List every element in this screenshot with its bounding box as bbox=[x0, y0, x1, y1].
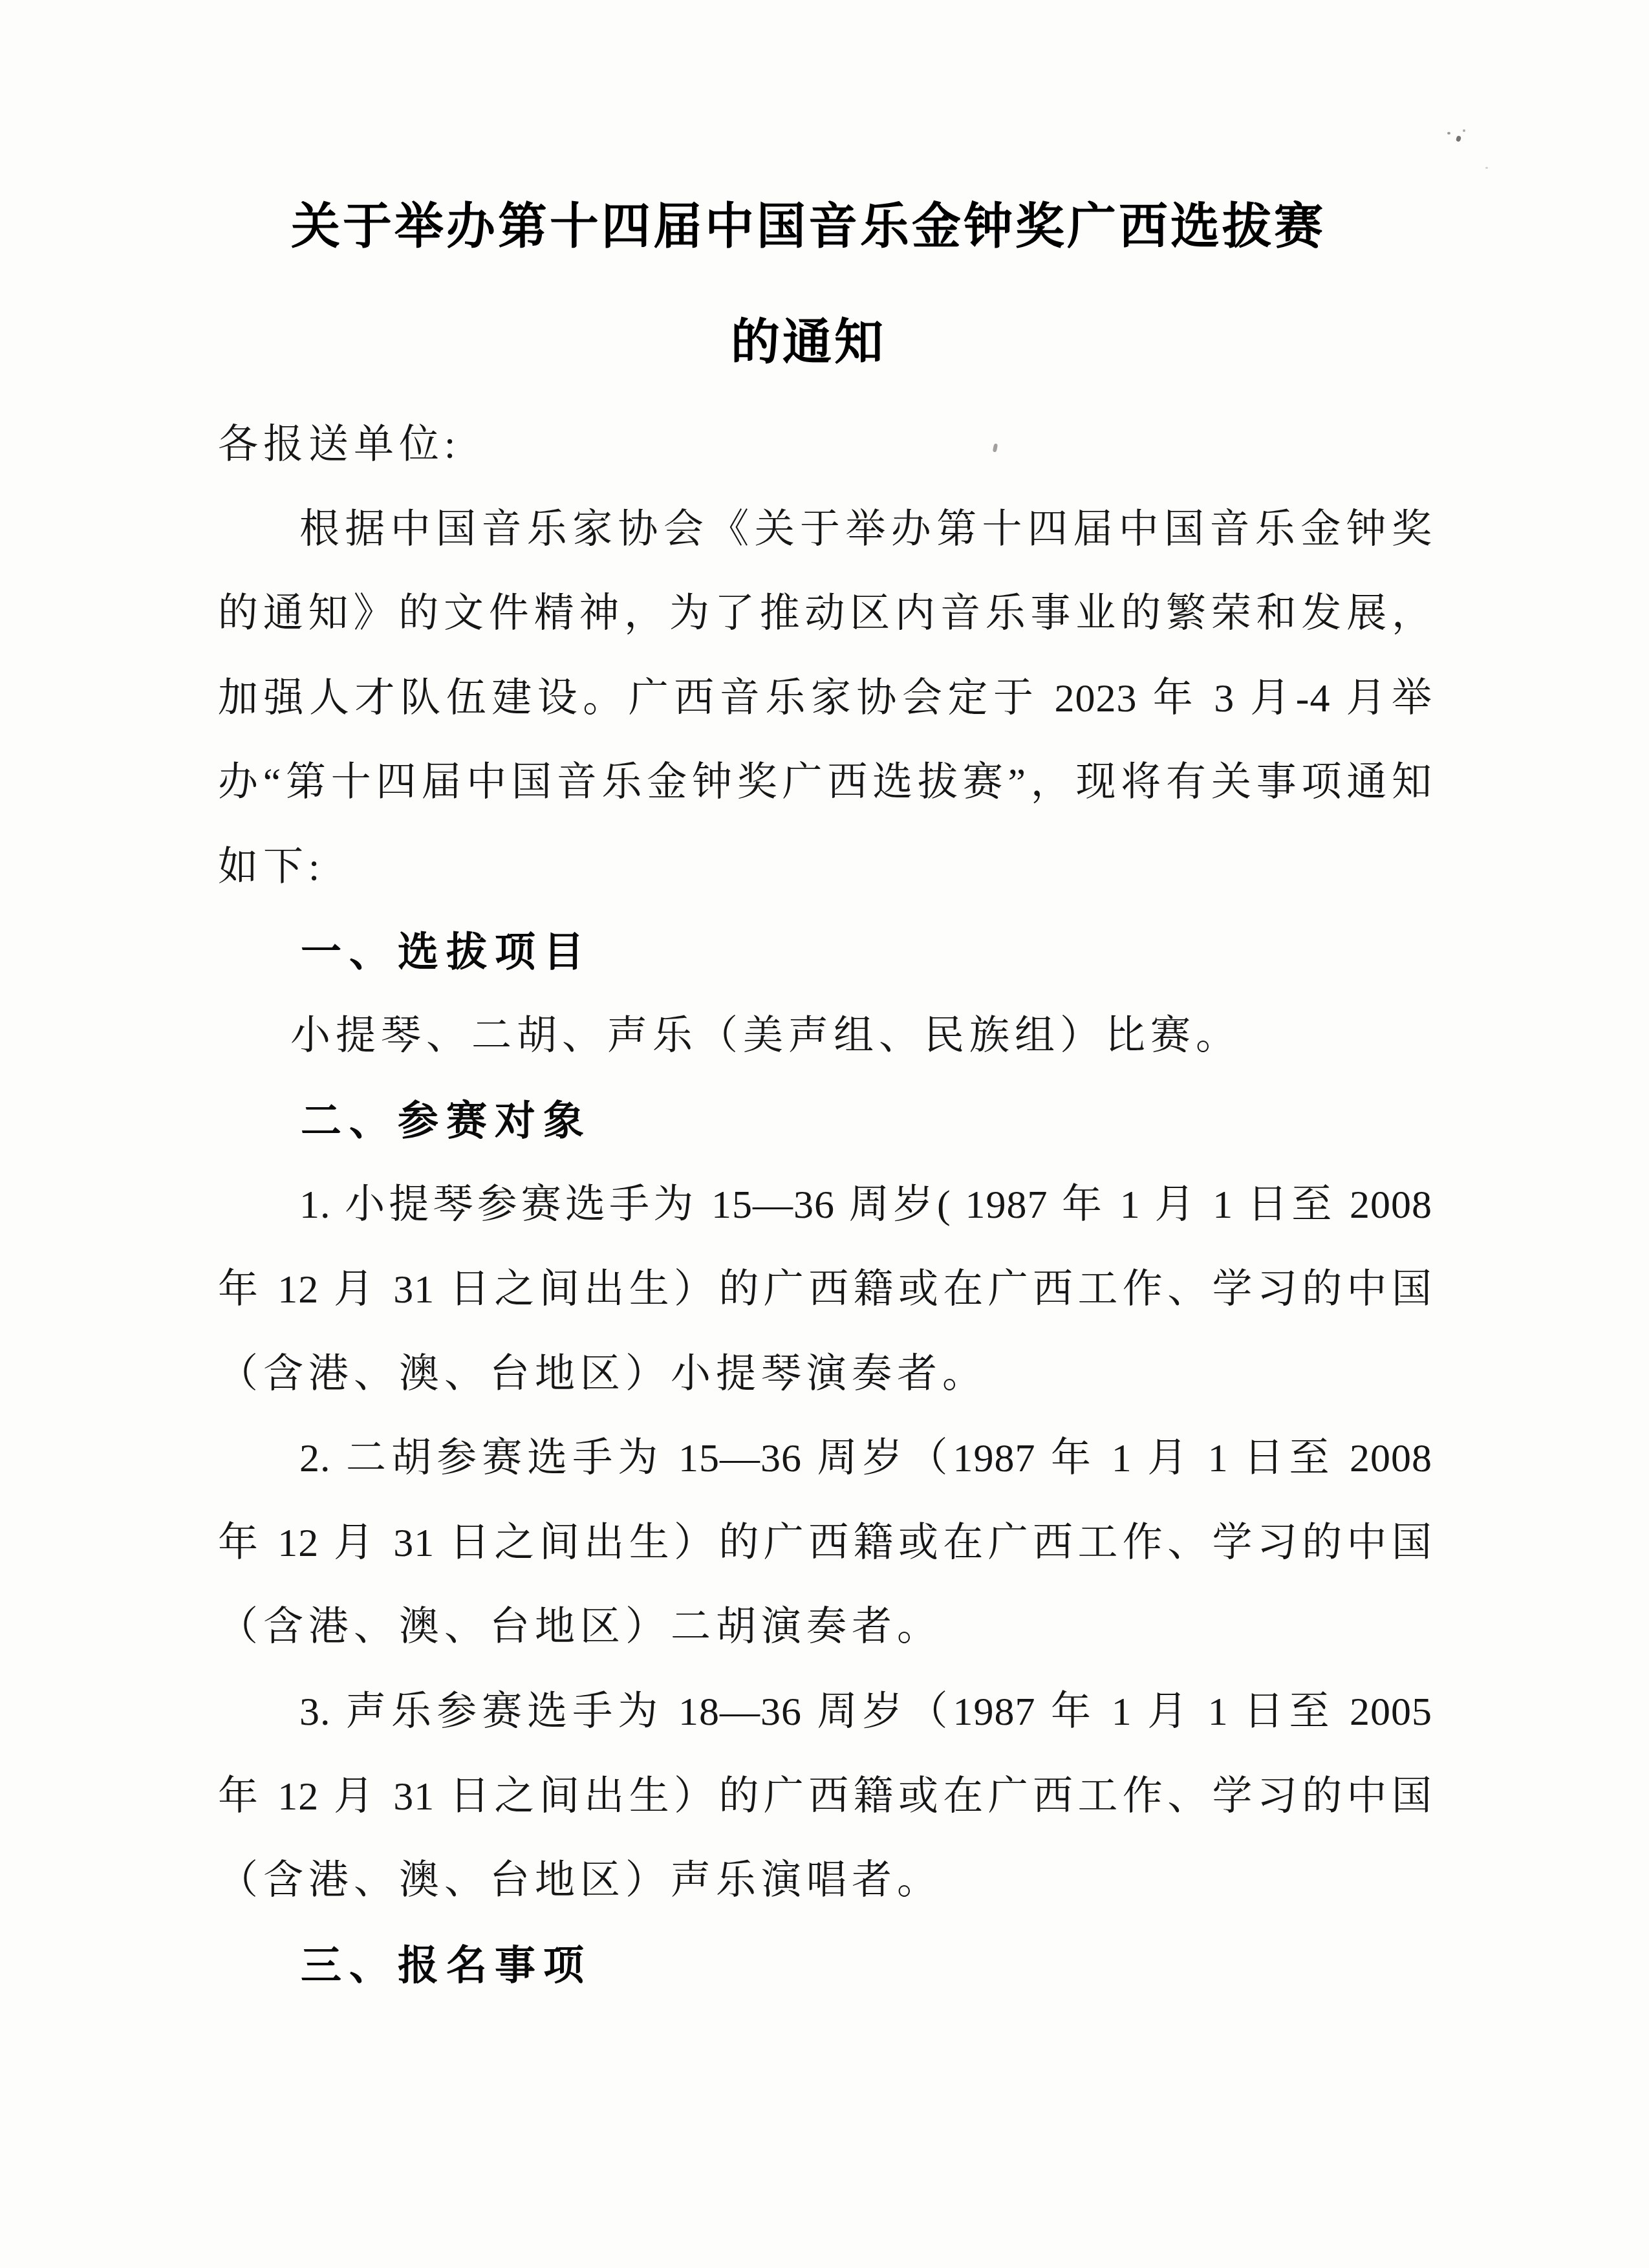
intro-line: 加强人才队伍建设。广西音乐家协会定于 2023 年 3 月-4 月举 bbox=[218, 656, 1432, 741]
item-2-line: 年 12 月 31 日之间出生）的广西籍或在广西工作、学习的中国 bbox=[218, 1501, 1432, 1586]
section-heading-3: 三、报名事项 bbox=[218, 1923, 1432, 2008]
scanned-notice-page: 关于举办第十四届中国音乐金钟奖广西选拔赛 的通知 各报送单位: 根据中国音乐家协… bbox=[0, 0, 1649, 2268]
scan-speck bbox=[1463, 129, 1465, 132]
intro-line: 如下: bbox=[218, 825, 1432, 910]
document-title-line1: 关于举办第十四届中国音乐金钟奖广西选拔赛 bbox=[165, 187, 1452, 257]
scan-speck bbox=[1485, 167, 1488, 169]
section-heading-1: 一、选拔项目 bbox=[218, 910, 1432, 995]
scan-speck bbox=[1447, 132, 1450, 135]
intro-line: 的通知》的文件精神，为了推动区内音乐事业的繁荣和发展， bbox=[218, 572, 1432, 656]
item-3-line: 3. 声乐参赛选手为 18—36 周岁（1987 年 1 月 1 日至 2005 bbox=[218, 1670, 1432, 1755]
salutation: 各报送单位: bbox=[218, 403, 1432, 488]
item-2-line: （含港、澳、台地区）二胡演奏者。 bbox=[218, 1585, 1432, 1670]
item-2-line: 2. 二胡参赛选手为 15—36 周岁（1987 年 1 月 1 日至 2008 bbox=[218, 1416, 1432, 1501]
item-3-line: 年 12 月 31 日之间出生）的广西籍或在广西工作、学习的中国 bbox=[218, 1755, 1432, 1839]
document-title-line2: 的通知 bbox=[165, 303, 1452, 373]
intro-line: 根据中国音乐家协会《关于举办第十四届中国音乐金钟奖 bbox=[218, 488, 1432, 572]
item-1-line: （含港、澳、台地区）小提琴演奏者。 bbox=[218, 1332, 1432, 1417]
scan-speck bbox=[1456, 135, 1461, 142]
section-1-body: 小提琴、二胡、声乐（美声组、民族组）比赛。 bbox=[218, 994, 1432, 1079]
item-1-line: 年 12 月 31 日之间出生）的广西籍或在广西工作、学习的中国 bbox=[218, 1247, 1432, 1332]
intro-line: 办“第十四届中国音乐金钟奖广西选拔赛”，现将有关事项通知 bbox=[218, 740, 1432, 825]
item-3-line: （含港、澳、台地区）声乐演唱者。 bbox=[218, 1839, 1432, 1923]
section-heading-2: 二、参赛对象 bbox=[218, 1079, 1432, 1163]
item-1-line: 1. 小提琴参赛选手为 15—36 周岁( 1987 年 1 月 1 日至 20… bbox=[218, 1163, 1432, 1247]
document-body: 各报送单位: 根据中国音乐家协会《关于举办第十四届中国音乐金钟奖 的通知》的文件… bbox=[218, 403, 1432, 2007]
